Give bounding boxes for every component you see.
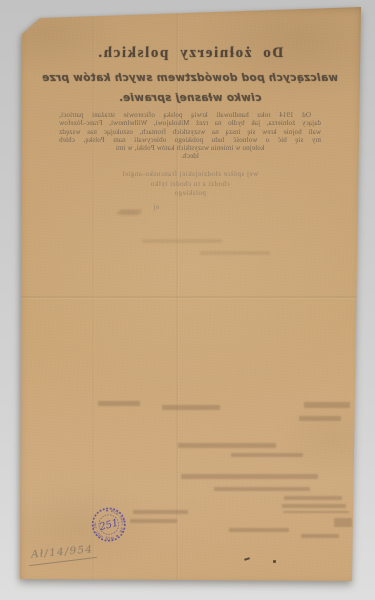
mirrored-print-layer: Do żołnierzy polskich. walczących pod do… (17, 5, 363, 585)
ink-speck (273, 560, 276, 563)
body-line: wali hojnie krew się inszą na wszystkich… (59, 128, 321, 136)
subtitle-line-1: walczących pod dowództwem swych katów pr… (17, 68, 363, 88)
fragment-line: chodzi a tu chodzi tylko (59, 180, 321, 190)
fragment-line: wej spółce złodziejskiej francusko-angie… (59, 170, 321, 180)
document-paper: Do żołnierzy polskich. walczących pod do… (17, 5, 363, 585)
fragment-paragraph: wej spółce złodziejskiej francusko-angie… (59, 170, 321, 212)
document-subtitle: walczących pod dowództwem swych katów pr… (17, 68, 363, 108)
pencil-smudge (117, 211, 141, 215)
paper-shadow-wrap: Do żołnierzy polskich. walczących pod do… (0, 0, 375, 600)
subtitle-line-2: ciwko własnej sprawie. (17, 88, 363, 108)
body-line: my się bić o wolność ludu polskiego obie… (59, 136, 321, 144)
scan-background: Do żołnierzy polskich. walczących pod do… (0, 0, 375, 600)
body-paragraph: Od 1914 roku handlowali krwią polską ofi… (59, 111, 321, 161)
fragment-line: polskiego (59, 189, 321, 199)
body-line: dający żołnierza, jak bydło na rzeź Miko… (59, 119, 321, 127)
body-line: Od 1914 roku handlowali krwią polską ofi… (59, 111, 321, 119)
document-title: Do żołnierzy polskich. (17, 45, 363, 62)
body-line: ldech. (59, 152, 321, 160)
body-line: kolejno w imieniu wszystkich katów Polsk… (59, 144, 321, 152)
fragment-line: ej (25, 203, 287, 213)
